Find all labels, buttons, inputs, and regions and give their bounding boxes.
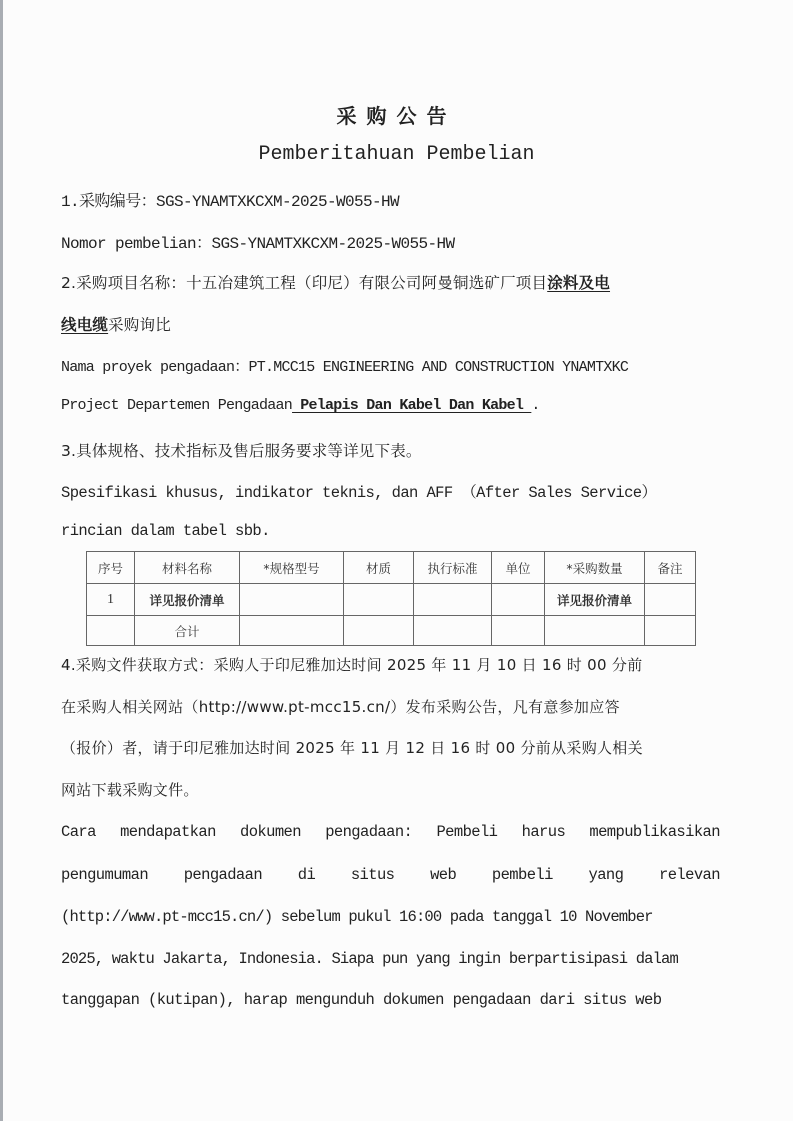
word: yang <box>589 866 624 884</box>
table-cell: 详见报价清单 <box>545 584 645 616</box>
acquisition-id-line1: Cara mendapatkan dokumen pengadaan: Pemb… <box>61 823 720 841</box>
procurement-number-cn: 1.采购编号：SGS-YNAMTXKCXM-2025-W055-HW <box>61 188 399 211</box>
acquisition-id-line2: pengumuman pengadaan di situs web pembel… <box>61 866 720 884</box>
table-row: 1 详见报价清单 详见报价清单 <box>87 584 696 616</box>
table-header-cell: 序号 <box>87 552 135 584</box>
table-cell <box>87 616 135 646</box>
table-cell <box>645 584 696 616</box>
acquisition-id-line5: tanggapan (kutipan), harap mengunduh dok… <box>61 991 661 1009</box>
acquisition-cn-line3: （报价）者，请于印尼雅加达时间 2025 年 11 月 12 日 16 时 00… <box>61 737 643 758</box>
acquisition-cn-line2: 在采购人相关网站（http://www.pt-mcc15.cn/）发布采购公告，… <box>61 696 620 717</box>
table-cell: 1 <box>87 584 135 616</box>
word: di <box>298 866 315 884</box>
acquisition-cn-line1: 4.采购文件获取方式：采购人于印尼雅加达时间 2025 年 11 月 10 日 … <box>61 654 643 675</box>
word: mendapatkan <box>120 823 216 841</box>
word: Cara <box>61 823 96 841</box>
table-cell <box>492 616 545 646</box>
table-cell <box>645 616 696 646</box>
table-header-cell: *规格型号 <box>240 552 344 584</box>
specs-id-line2: rincian dalam tabel sbb. <box>61 522 270 540</box>
table-cell <box>344 584 414 616</box>
table-header-row: 序号 材料名称 *规格型号 材质 执行标准 单位 *采购数量 备注 <box>87 552 696 584</box>
specs-id-line1: Spesifikasi khusus, indikator teknis, da… <box>61 480 656 502</box>
table-header-cell: 材料名称 <box>135 552 240 584</box>
word: Pembeli <box>436 823 497 841</box>
table-cell <box>240 616 344 646</box>
project-name-id-prefix: Project Departemen Pengadaan <box>61 397 292 414</box>
table-header-cell: 材质 <box>344 552 414 584</box>
project-name-cn-highlight: 涂料及电 <box>547 274 610 292</box>
table-cell <box>344 616 414 646</box>
word: web <box>430 866 456 884</box>
table-header-cell: 执行标准 <box>414 552 492 584</box>
page-edge <box>0 0 3 1121</box>
table-cell <box>492 584 545 616</box>
table-header-cell: 单位 <box>492 552 545 584</box>
table-row-total: 合计 <box>87 616 696 646</box>
table-cell: 详见报价清单 <box>135 584 240 616</box>
word: harus <box>522 823 566 841</box>
table-header-cell: *采购数量 <box>545 552 645 584</box>
specs-cn: 3.具体规格、技术指标及售后服务要求等详见下表。 <box>61 439 422 461</box>
project-name-cn-text: 十五冶建筑工程（印尼）有限公司阿曼铜选矿厂项目 <box>186 274 547 292</box>
project-name-id-highlight: Pelapis Dan Kabel Dan Kabel <box>292 397 531 414</box>
table-cell <box>414 584 492 616</box>
procurement-number-cn-label: 1.采购编号： <box>61 193 156 211</box>
table-cell: 合计 <box>135 616 240 646</box>
project-name-cn-line2: 线电缆采购询比 <box>61 313 171 335</box>
procurement-number-cn-value: SGS-YNAMTXKCXM-2025-W055-HW <box>156 193 399 211</box>
document-title-indonesian: Pemberitahuan Pembelian <box>0 143 793 166</box>
document-title-chinese: 采购公告 <box>0 100 793 129</box>
word: mempublikasikan <box>589 823 720 841</box>
project-name-cn-label: 2.采购项目名称： <box>61 274 186 292</box>
acquisition-cn-line4: 网站下载采购文件。 <box>61 779 199 800</box>
word: pembeli <box>492 866 553 884</box>
project-name-id-line2: Project Departemen Pengadaan Pelapis Dan… <box>61 397 540 414</box>
table-cell <box>240 584 344 616</box>
procurement-number-id-label: Nomor pembelian： <box>61 235 211 253</box>
procurement-number-id: Nomor pembelian：SGS-YNAMTXKCXM-2025-W055… <box>61 230 454 253</box>
table-header-cell: 备注 <box>645 552 696 584</box>
acquisition-id-line4: 2025, waktu Jakarta, Indonesia. Siapa pu… <box>61 950 678 968</box>
word: relevan <box>659 866 720 884</box>
project-name-id-suffix: . <box>531 397 539 414</box>
project-name-cn-highlight-2: 线电缆 <box>61 316 108 334</box>
project-name-id-line1: Nama proyek pengadaan：PT.MCC15 ENGINEERI… <box>61 355 628 376</box>
word: situs <box>351 866 395 884</box>
procurement-number-id-value: SGS-YNAMTXKCXM-2025-W055-HW <box>211 235 454 253</box>
word: pengadaan: <box>325 823 412 841</box>
word: dokumen <box>240 823 301 841</box>
word: pengumuman <box>61 866 148 884</box>
specification-table: 序号 材料名称 *规格型号 材质 执行标准 单位 *采购数量 备注 1 详见报价… <box>86 551 696 646</box>
acquisition-id-line3: (http://www.pt-mcc15.cn/) sebelum pukul … <box>61 908 653 926</box>
word: pengadaan <box>184 866 262 884</box>
project-name-cn-suffix: 采购询比 <box>108 316 171 334</box>
project-name-cn-line1: 2.采购项目名称：十五冶建筑工程（印尼）有限公司阿曼铜选矿厂项目涂料及电 <box>61 271 610 293</box>
table-cell <box>545 616 645 646</box>
table-cell <box>414 616 492 646</box>
